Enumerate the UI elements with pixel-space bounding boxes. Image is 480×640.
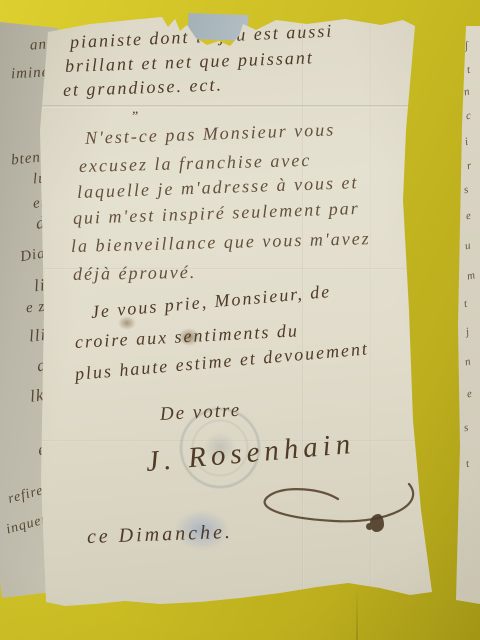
letter-line: brillant et net que puissant	[65, 47, 315, 77]
right-page-text-fragment: n	[463, 86, 471, 99]
right-page-text-fragment: i	[464, 136, 469, 148]
right-page-text-fragment: ʃ	[464, 40, 470, 52]
letter-line: laquelle je m'adresse à vous et	[77, 172, 359, 203]
ditto-mark: „	[132, 102, 140, 118]
letter-line: excusez la franchise avec	[79, 150, 312, 177]
right-page-text-fragment: t	[466, 64, 471, 76]
right-page-text-fragment: n	[464, 356, 472, 369]
right-page-text-fragment: t	[463, 298, 468, 310]
right-page-text-fragment: r	[466, 160, 473, 173]
right-page-text-fragment: e	[465, 210, 472, 223]
right-page-text-fragment: e	[466, 388, 473, 401]
right-page-text-fragment: u	[464, 240, 472, 253]
photo-background: ans iminet btenu, lus ent de Dian lie e …	[0, 0, 480, 640]
right-letter-page: ʃ t n c i r s e u m t j n e s t	[456, 26, 480, 604]
right-page-text-fragment: s	[463, 184, 470, 197]
letter-line: qui m'est inspiré seulement par	[73, 198, 360, 229]
right-page-text-fragment: t	[465, 458, 470, 470]
fold-crease	[40, 105, 446, 108]
letter-line: Je vous prie, Monsieur, de	[90, 281, 332, 323]
letter-line: N'est-ce pas Monsieur vous	[85, 119, 336, 149]
right-page-text-fragment: c	[465, 110, 472, 123]
background-crease	[356, 586, 358, 640]
letter-closing: De votre	[159, 400, 241, 426]
main-letter-page: pianiste dont le jeu est aussi brillant …	[40, 10, 446, 610]
right-page-text-fragment: s	[463, 422, 470, 435]
right-page-text-fragment: m	[466, 269, 476, 282]
right-page-text-fragment: j	[465, 326, 470, 338]
letter-line: et grandiose. ect.	[63, 74, 224, 101]
letter-line: déjà éprouvé.	[73, 262, 197, 285]
letter-line: la bienveillance que vous m'avez	[71, 228, 371, 257]
